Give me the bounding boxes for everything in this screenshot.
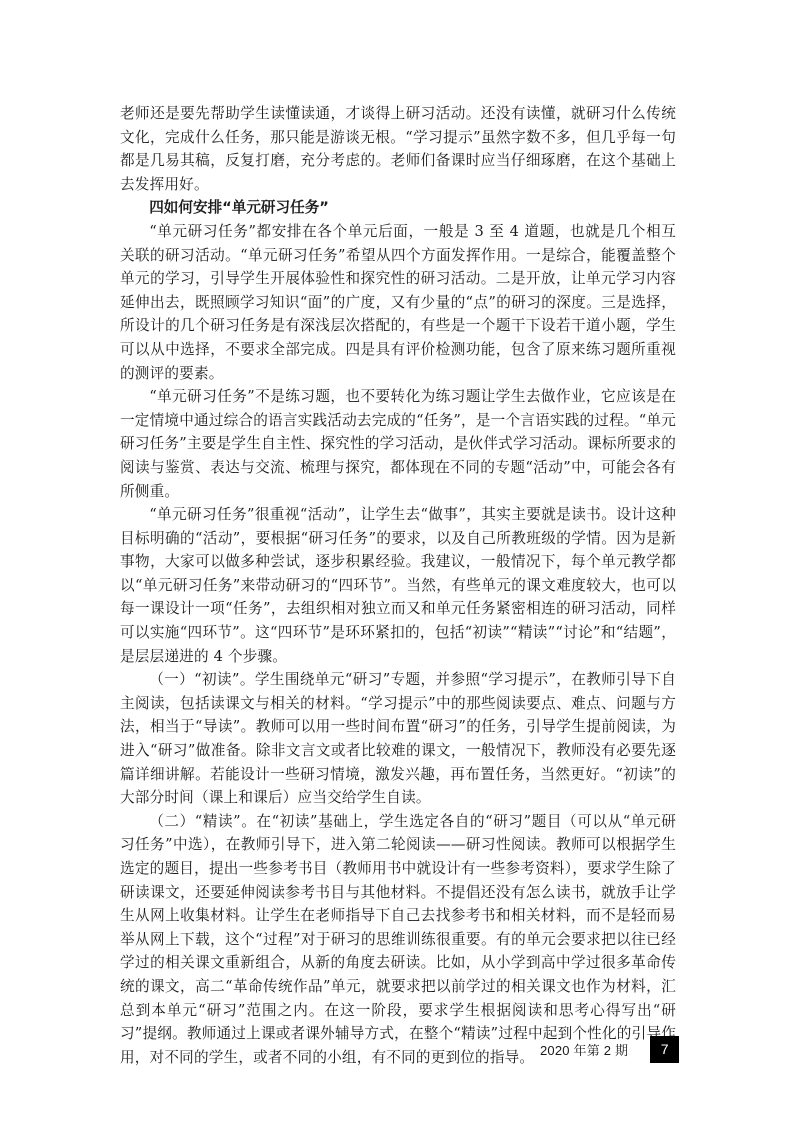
article-body: 老师还是要先帮助学生读懂读通，才谈得上研习活动。还没有读懂，就研习什么传统文化，… <box>120 102 676 1069</box>
paragraph-unit-tasks: “单元研习任务”都安排在各个单元后面，一般是 3 至 4 道题，也就是几个相互关… <box>120 220 676 385</box>
paragraph-not-exercises: “单元研习任务”不是练习题，也不要转化为练习题让学生去做作业，它应该是在一定情境… <box>120 385 676 503</box>
issue-label: 2020 年第 2 期 <box>540 1040 628 1059</box>
page-footer: 2020 年第 2 期 7 <box>540 1035 679 1063</box>
paragraph-intro: 老师还是要先帮助学生读懂读通，才谈得上研习活动。还没有读懂，就研习什么传统文化，… <box>120 102 676 196</box>
paragraph-close-reading: （二）“精读”。在“初读”基础上，学生选定各自的“研习”题目（可以从“单元研习任… <box>120 810 676 1070</box>
section-heading: 四如何安排“单元研习任务” <box>120 196 676 220</box>
paragraph-first-reading: （一）“初读”。学生围绕单元“研习”专题，并参照“学习提示”，在教师引导下自主阅… <box>120 668 676 810</box>
page-number-badge: 7 <box>650 1036 679 1063</box>
paragraph-activities: “单元研习任务”很重视“活动”，让学生去“做事”，其实主要就是读书。设计这种目标… <box>120 503 676 668</box>
